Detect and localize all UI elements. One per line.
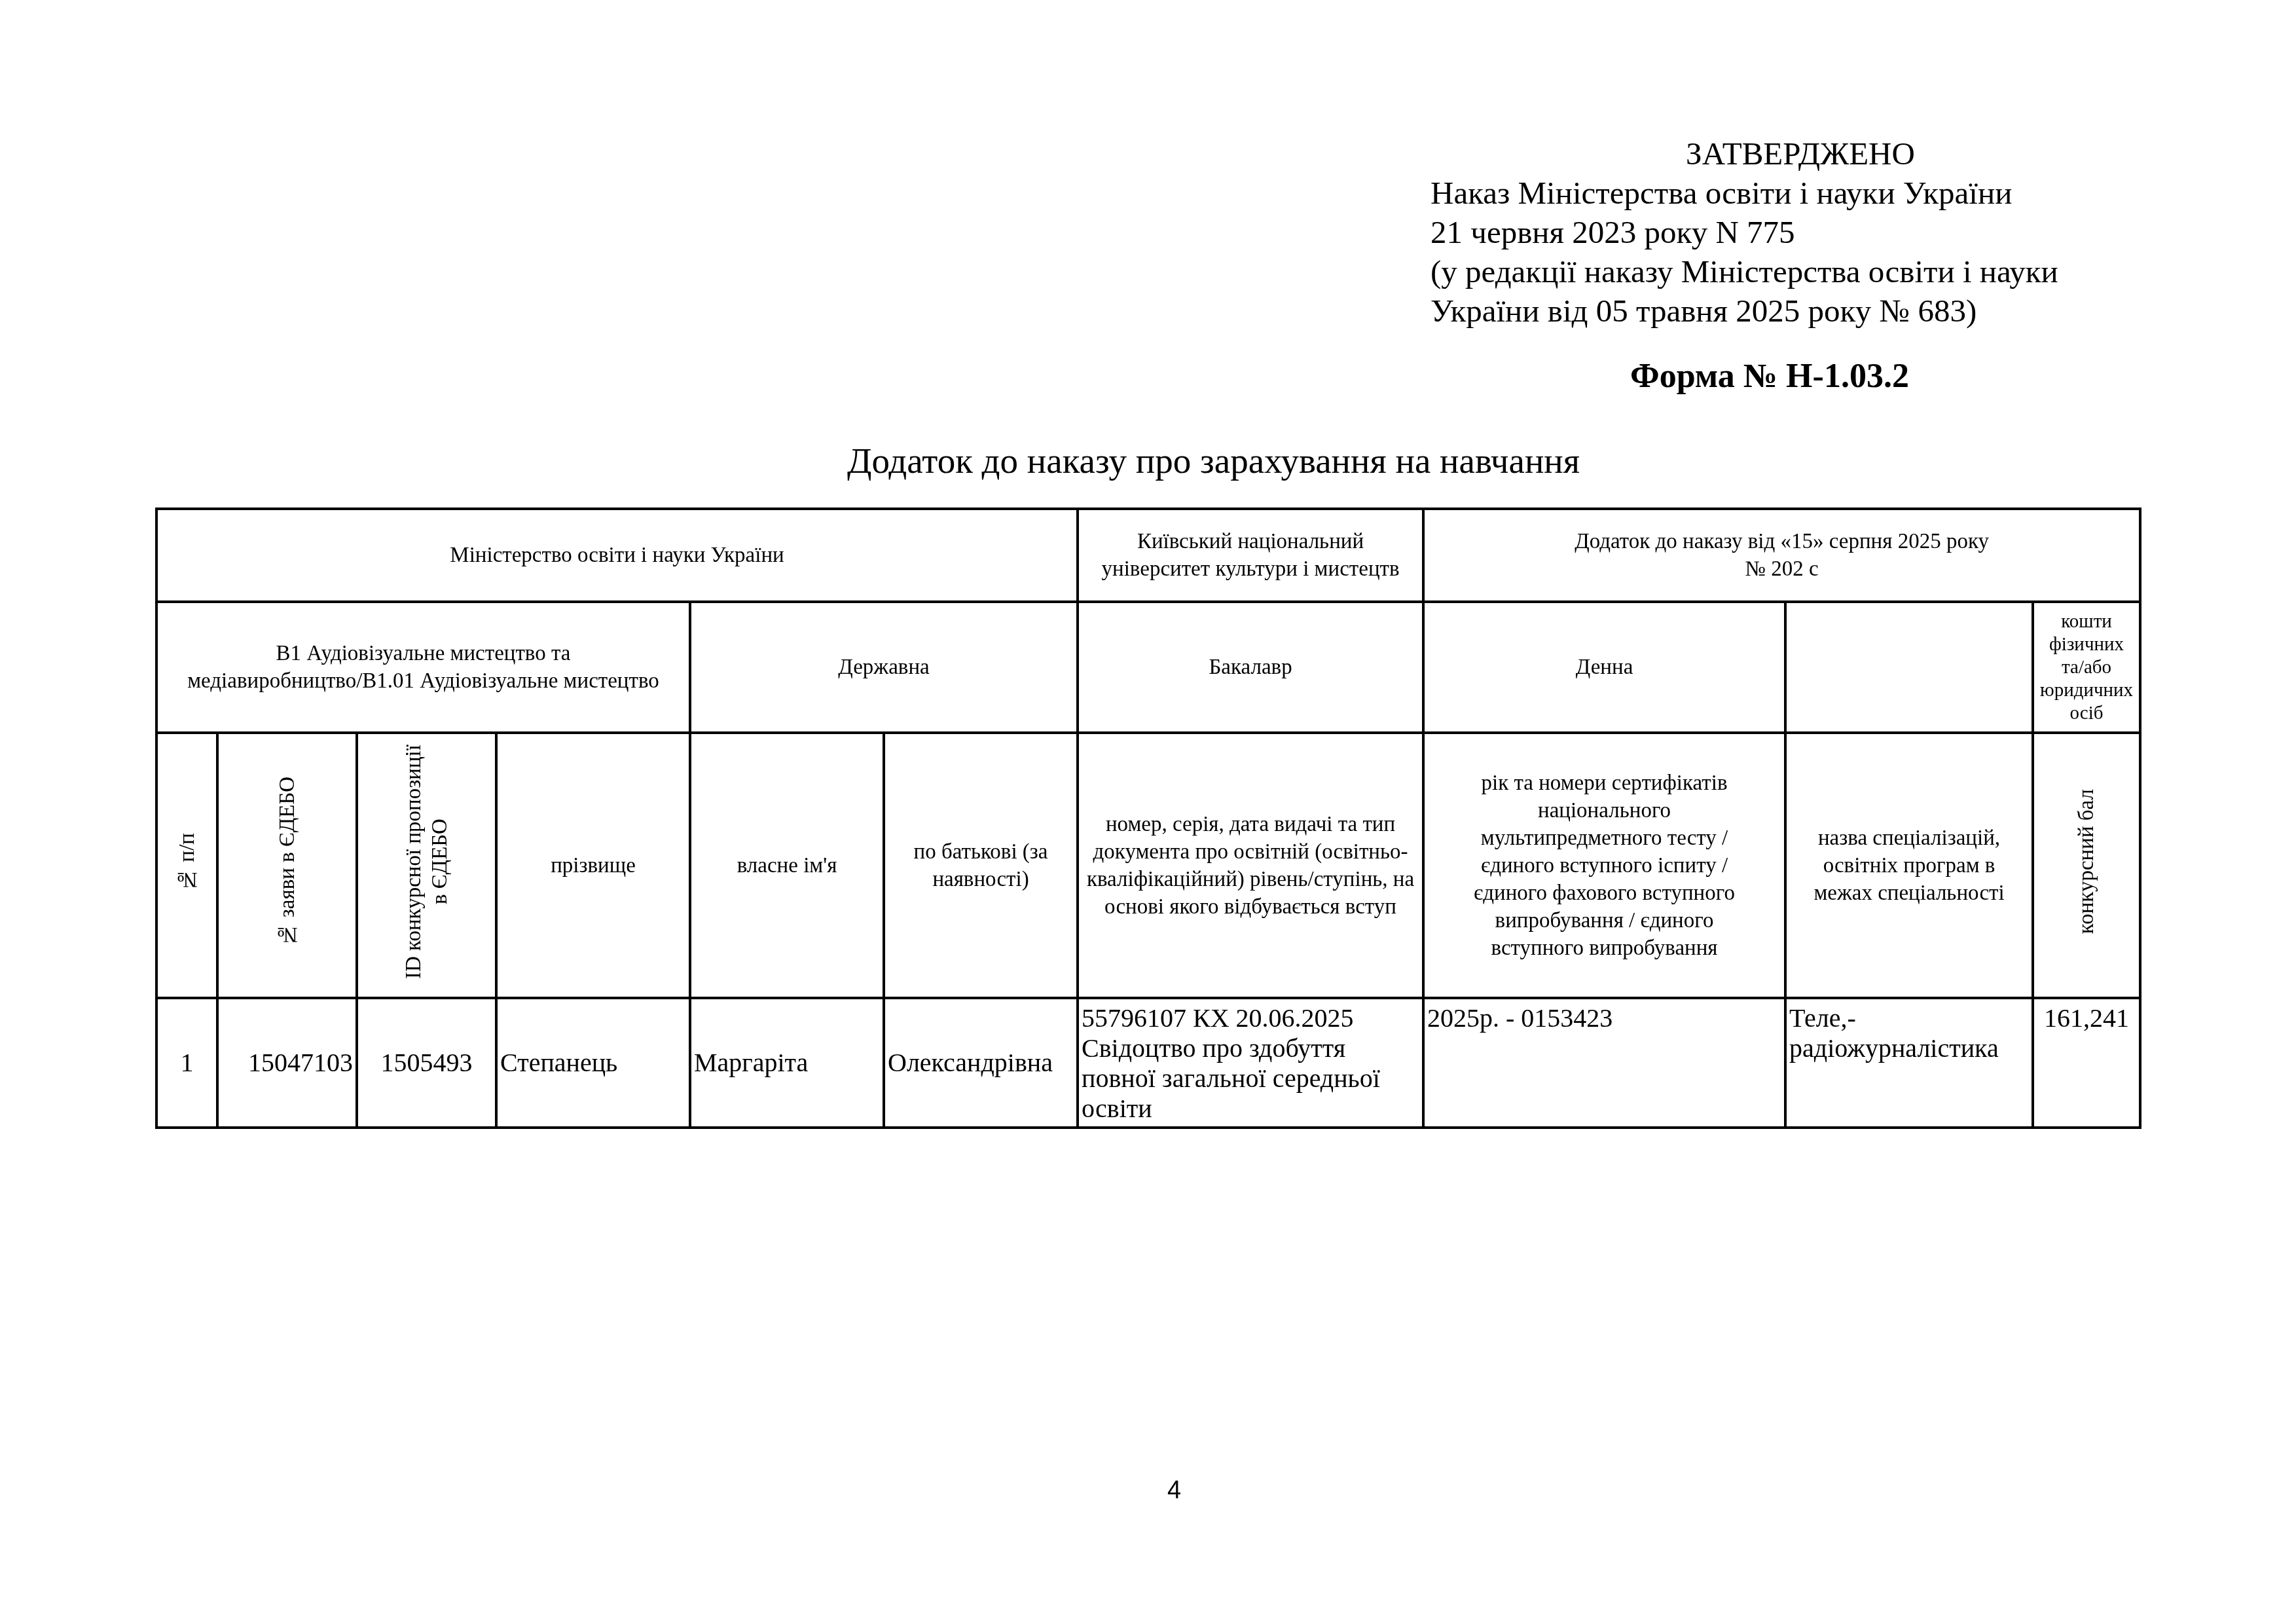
specialty-cell: B1 Аудіовізуальне мистецтво та медіавиро… <box>156 602 690 733</box>
col-header-score: конкурсний бал <box>2033 733 2140 998</box>
approval-title: ЗАТВЕРДЖЕНО <box>1430 134 2144 174</box>
col-header-score-label: конкурсний бал <box>2073 789 2100 934</box>
col-header-application-no: № заяви в ЄДЕБО <box>217 733 357 998</box>
institution-cell: Київський національний університет культ… <box>1078 509 1423 602</box>
approval-line: (у редакції наказу Міністерства освіти і… <box>1430 252 2203 291</box>
page-number: 4 <box>0 1477 2296 1505</box>
cell-num: 1 <box>156 998 217 1128</box>
col-header-num: № п/п <box>156 733 217 998</box>
cell-surname: Степанець <box>496 998 690 1128</box>
funding-source-cell: кошти фізичних та/або юридичних осіб <box>2033 602 2140 733</box>
empty-cell <box>1785 602 2033 733</box>
table-row: 1 15047103 1505493 Степанець Маргаріта О… <box>156 998 2140 1128</box>
col-header-patronymic: по батькові (за наявності) <box>884 733 1078 998</box>
form-number: Форма № Н-1.03.2 <box>1630 357 1909 396</box>
ministry-cell: Міністерство освіти і науки України <box>156 509 1078 602</box>
document-title: Додаток до наказу про зарахування на нав… <box>0 440 2296 481</box>
cell-application-no: 15047103 <box>217 998 357 1128</box>
order-reference-cell: Додаток до наказу від «15» серпня 2025 р… <box>1423 509 2140 602</box>
cell-certificates: 2025р. - 0153423 <box>1423 998 1785 1128</box>
cell-specialization: Теле,-радіожурналістика <box>1785 998 2033 1128</box>
header-row-institution: Міністерство освіти і науки України Київ… <box>156 509 2140 602</box>
approval-line: Наказ Міністерства освіти і науки Україн… <box>1430 174 2203 213</box>
approval-stamp: ЗАТВЕРДЖЕНО Наказ Міністерства освіти і … <box>1430 134 2203 331</box>
funding-type-cell: Державна <box>690 602 1078 733</box>
cell-patronymic: Олександрівна <box>884 998 1078 1128</box>
col-header-specialization: назва спеціалізацій, освітніх програм в … <box>1785 733 2033 998</box>
order-reference-number: № 202 с <box>1427 555 2136 583</box>
cell-first-name: Маргаріта <box>690 998 884 1128</box>
col-header-offer-id: ID конкурсної пропозиції в ЄДЕБО <box>357 733 496 998</box>
col-header-offer-id-label: ID конкурсної пропозиції в ЄДЕБО <box>401 744 453 980</box>
approval-line: України від 05 травня 2025 року № 683) <box>1430 291 2203 331</box>
col-header-first-name: власне ім'я <box>690 733 884 998</box>
column-header-row: № п/п № заяви в ЄДЕБО ID конкурсної проп… <box>156 733 2140 998</box>
approval-line: 21 червня 2023 року N 775 <box>1430 213 2203 252</box>
col-header-num-label: № п/п <box>174 833 200 891</box>
col-header-surname: прізвище <box>496 733 690 998</box>
cell-score: 161,241 <box>2033 998 2140 1128</box>
study-form-cell: Денна <box>1423 602 1785 733</box>
col-header-application-no-label: № заяви в ЄДЕБО <box>274 777 301 946</box>
degree-cell: Бакалавр <box>1078 602 1423 733</box>
enrollment-table: Міністерство освіти і науки України Київ… <box>155 507 2141 1129</box>
cell-document: 55796107 КХ 20.06.2025 Свідоцтво про здо… <box>1078 998 1423 1128</box>
order-reference-date: Додаток до наказу від «15» серпня 2025 р… <box>1427 528 2136 555</box>
col-header-document: номер, серія, дата видачі та тип докумен… <box>1078 733 1423 998</box>
cell-offer-id: 1505493 <box>357 998 496 1128</box>
header-row-program: B1 Аудіовізуальне мистецтво та медіавиро… <box>156 602 2140 733</box>
col-header-certificates: рік та номери сертифікатів національного… <box>1423 733 1785 998</box>
